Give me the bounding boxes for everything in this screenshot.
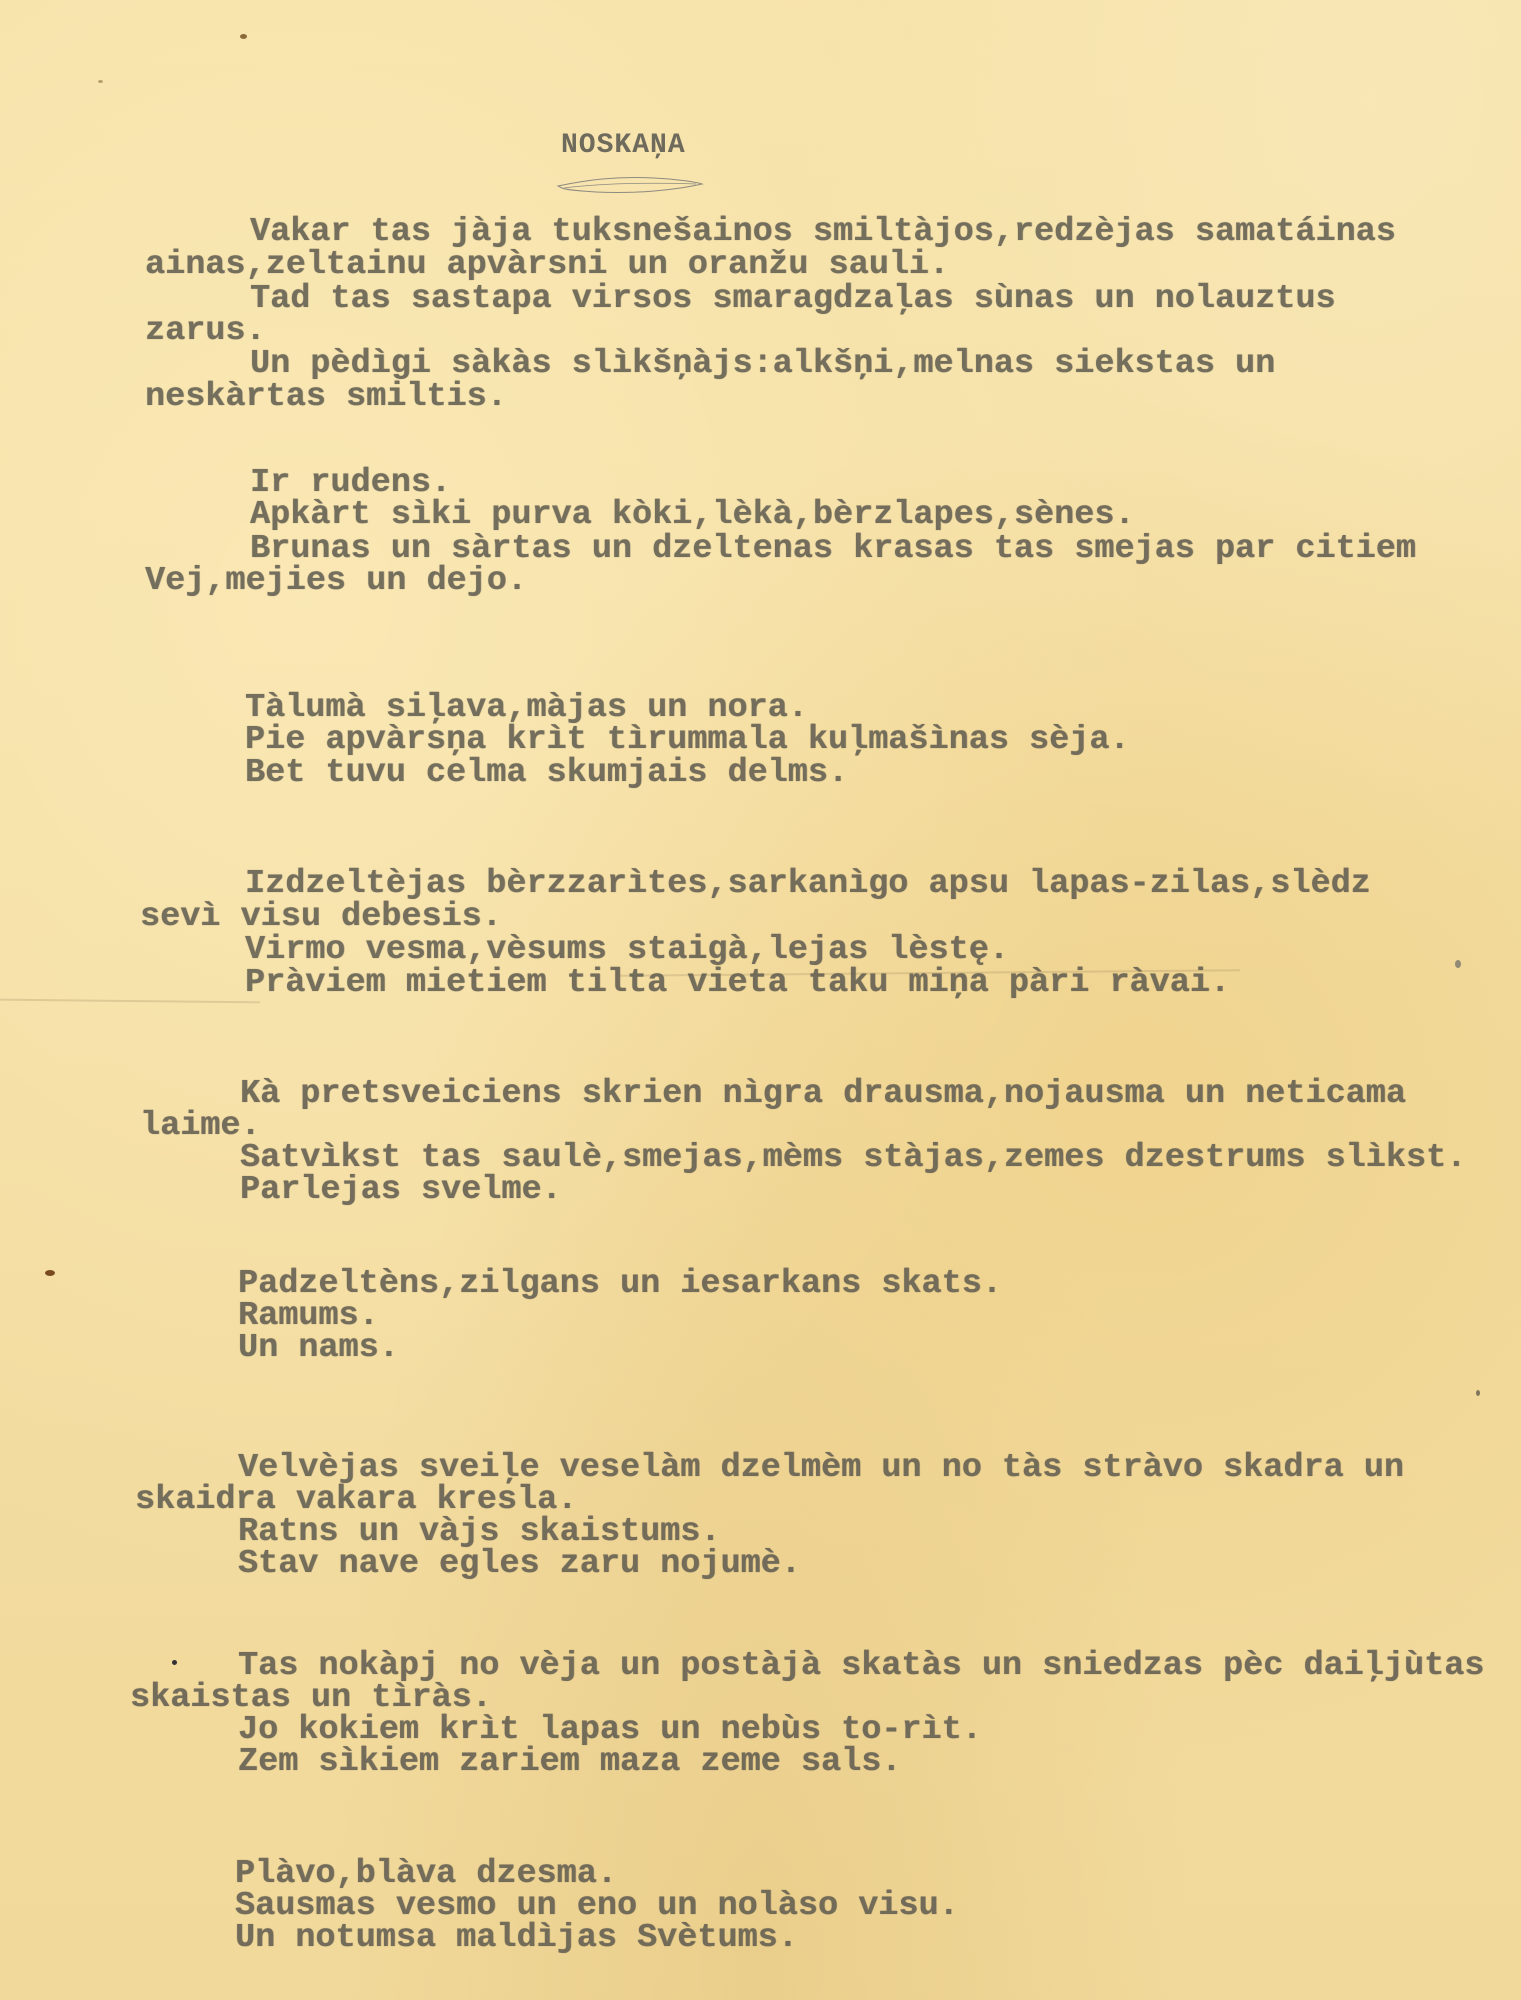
poem-line: Tàlumà siļava,màjas un nora. [245,692,808,724]
poem-line: laime. [140,1110,261,1142]
poem-line: Jo kokiem krìt lapas un nebùs to-rìt. [238,1714,982,1746]
poem-line: Bet tuvu celma skumjais delms. [245,757,848,789]
poem-line: Satvìkst tas saulè,smejas,mèms stàjas,ze… [240,1142,1466,1174]
poem-line: sevì visu debesis. [140,901,502,933]
paper-speck [45,1270,55,1276]
poem-line: Pràviem mietiem tilta vieta taku miņa pà… [245,967,1230,999]
poem-line: Kà pretsveiciens skrien nìgra drausma,no… [240,1078,1406,1110]
poem-line: Ratns un vàjs skaistums. [238,1516,720,1548]
poem-line: Apkàrt sìki purva kòki,lèkà,bèrzlapes,sè… [250,499,1135,531]
poem-line: Ramums. [238,1300,379,1332]
poem-line: Virmo vesma,vèsums staigà,lejas lèstę. [245,934,1009,966]
poem-line: zarus. [145,315,266,347]
poem-line: Vakar tas jàja tuksnešainos smiltàjos,re… [250,216,1396,248]
poem-line: skaistas un tìràs. [130,1682,492,1714]
paper-speck [172,1660,177,1665]
poem-line: Pie apvàrsņa krìt tìrummala kuļmašìnas s… [245,724,1130,756]
poem-line: Brunas un sàrtas un dzeltenas krasas tas… [250,533,1416,565]
poem-line: ainas,zeltainu apvàrsni un oranžu sauli. [145,249,949,281]
paper-speck [1455,960,1461,968]
poem-line: Ir rudens. [250,467,451,499]
poem-line: Padzeltèns,zilgans un iesarkans skats. [238,1268,1002,1300]
poem-line: Plàvo,blàva dzesma. [235,1858,617,1890]
paper-speck [98,80,103,83]
poem-line: Parlejas svelme. [240,1174,562,1206]
page-title: NOSKAŅA [561,130,686,161]
paper-speck [1476,1390,1480,1396]
poem-line: Izdzeltèjas bèrzzarìtes,sarkanìgo apsu l… [245,868,1371,900]
paper-speck [240,34,247,39]
poem-line: Tad tas sastapa virsos smaragdzaļas sùna… [250,283,1336,315]
poem-line: Un notumsa maldìjas Svètums. [235,1922,798,1954]
poem-line: Stav nave egles zaru nojumè. [238,1548,801,1580]
poem-line: Zem sìkiem zariem maza zeme sals. [238,1746,901,1778]
poem-line: Velvèjas sveiļe veselàm dzelmèm un no tà… [238,1452,1404,1484]
poem-line: Vej,mejies un dejo. [145,565,527,597]
poem-line: Un nams. [238,1332,399,1364]
title-underline-flourish [556,172,704,198]
poem-line: neskàrtas smiltis. [145,381,507,413]
poem-line: Sausmas vesmo un eno un nolàso visu. [235,1890,959,1922]
poem-line: Un pèdìgi sàkàs slìkšņàjs:alkšņi,melnas … [250,348,1275,380]
poem-line: Tas nokàpj no vèja un postàjà skatàs un … [238,1650,1484,1682]
poem-line: skaidra vakara kresla. [135,1484,577,1516]
